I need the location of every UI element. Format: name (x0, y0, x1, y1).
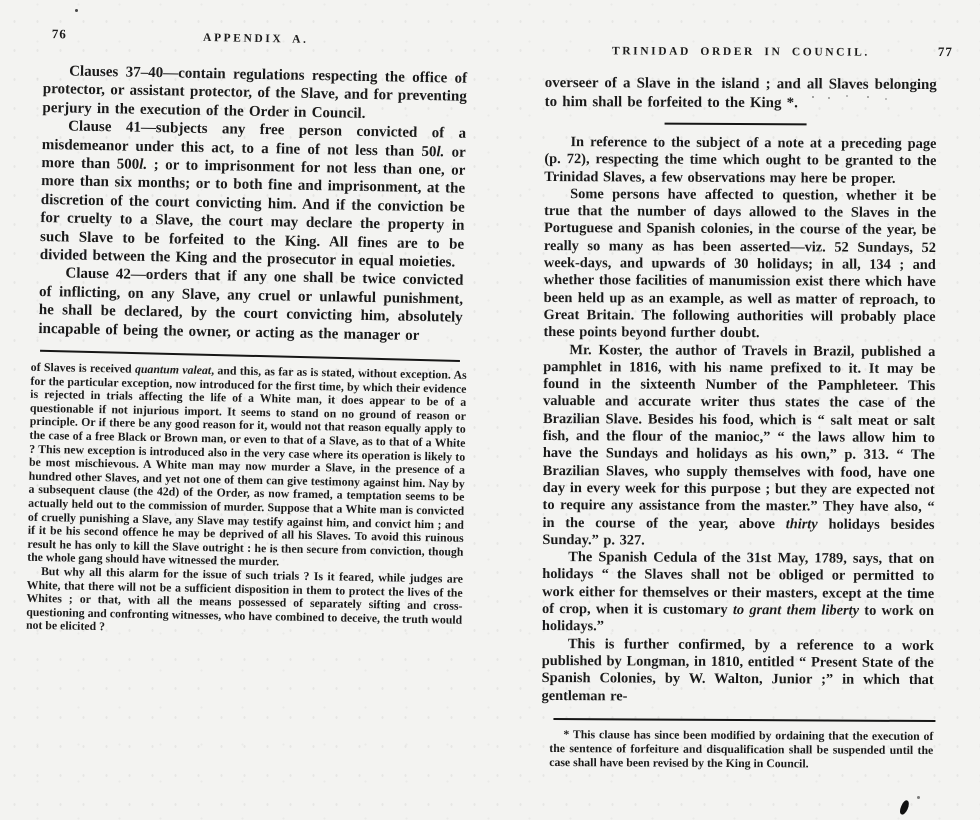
page-right-continuation-text: overseer of a Slave in the island ; and … (545, 74, 937, 113)
paragraph: This is further confirmed, by a referenc… (542, 636, 934, 707)
page-right-header-row: TRINIDAD ORDER IN COUNCIL. 77 (545, 42, 937, 62)
italic-text-segment: to grant them liberty (733, 602, 859, 619)
paragraph: The Spanish Cedula of the 31st May, 1789… (542, 549, 934, 638)
section-separator-rule (665, 123, 807, 126)
page-right-footnotes: * This clause has since been modified by… (549, 727, 933, 772)
paragraph: Clause 42—orders that if any one shall b… (38, 264, 463, 345)
text-segment: * This clause has since been modified by… (549, 727, 933, 771)
footnote-rule-left (40, 350, 460, 362)
ink-smudge (898, 799, 910, 816)
text-segment: In reference to the subject of a note at… (544, 134, 936, 186)
italic-text-segment: thirty (786, 516, 818, 532)
paragraph: overseer of a Slave in the island ; and … (545, 74, 937, 113)
text-segment: overseer of a Slave in the island ; and … (545, 75, 937, 111)
text-segment: Mr. Koster, the author of Travels in Bra… (542, 342, 935, 532)
paragraph: But why all this alarm for the issue of … (26, 565, 463, 641)
page-left-header-row: 76 APPENDIX A. (44, 26, 468, 52)
ink-dot (917, 796, 920, 799)
page-left-footnotes: of Slaves is received quantum valeat, an… (26, 361, 467, 641)
text-segment: This is further confirmed, by a referenc… (542, 636, 934, 704)
paragraph: of Slaves is received quantum valeat, an… (27, 361, 467, 573)
text-segment: Some persons have affected to question, … (543, 186, 936, 341)
paragraph: * This clause has since been modified by… (549, 727, 933, 772)
page-right: TRINIDAD ORDER IN COUNCIL. 77 overseer o… (541, 42, 937, 771)
scan-speck (75, 9, 78, 12)
scan-smudge-marks (812, 96, 814, 98)
text-segment: Clause 41—subjects any free person convi… (42, 119, 467, 160)
text-segment: Clauses 37–40—contain regulations respec… (42, 63, 467, 121)
scanned-book-spread: { "colors": { "paper": "#f3f3f1", "ink":… (0, 0, 980, 820)
page-right-body-text: In reference to the subject of a note at… (542, 134, 937, 707)
running-header-right: TRINIDAD ORDER IN COUNCIL. (545, 45, 937, 59)
paragraph: Clauses 37–40—contain regulations respec… (42, 62, 467, 125)
text-segment: , and this, as far as is stated, without… (27, 363, 467, 569)
paragraph: In reference to the subject of a note at… (544, 134, 936, 188)
footnote-rule-right (553, 718, 935, 722)
paragraph: Mr. Koster, the author of Travels in Bra… (542, 342, 935, 552)
page-left-body-text: Clauses 37–40—contain regulations respec… (38, 62, 467, 346)
page-number-right: 77 (938, 44, 953, 60)
text-segment: But why all this alarm for the issue of … (26, 564, 463, 634)
text-segment: ; or to imprisonment for not less than o… (40, 157, 466, 271)
running-header-left: APPENDIX A. (44, 29, 468, 49)
text-segment: Clause 42—orders that if any one shall b… (38, 266, 463, 344)
page-left: 76 APPENDIX A. Clauses 37–40—contain reg… (33, 26, 468, 641)
paragraph: Some persons have affected to question, … (543, 186, 936, 344)
paragraph: Clause 41—subjects any free person convi… (40, 117, 467, 272)
